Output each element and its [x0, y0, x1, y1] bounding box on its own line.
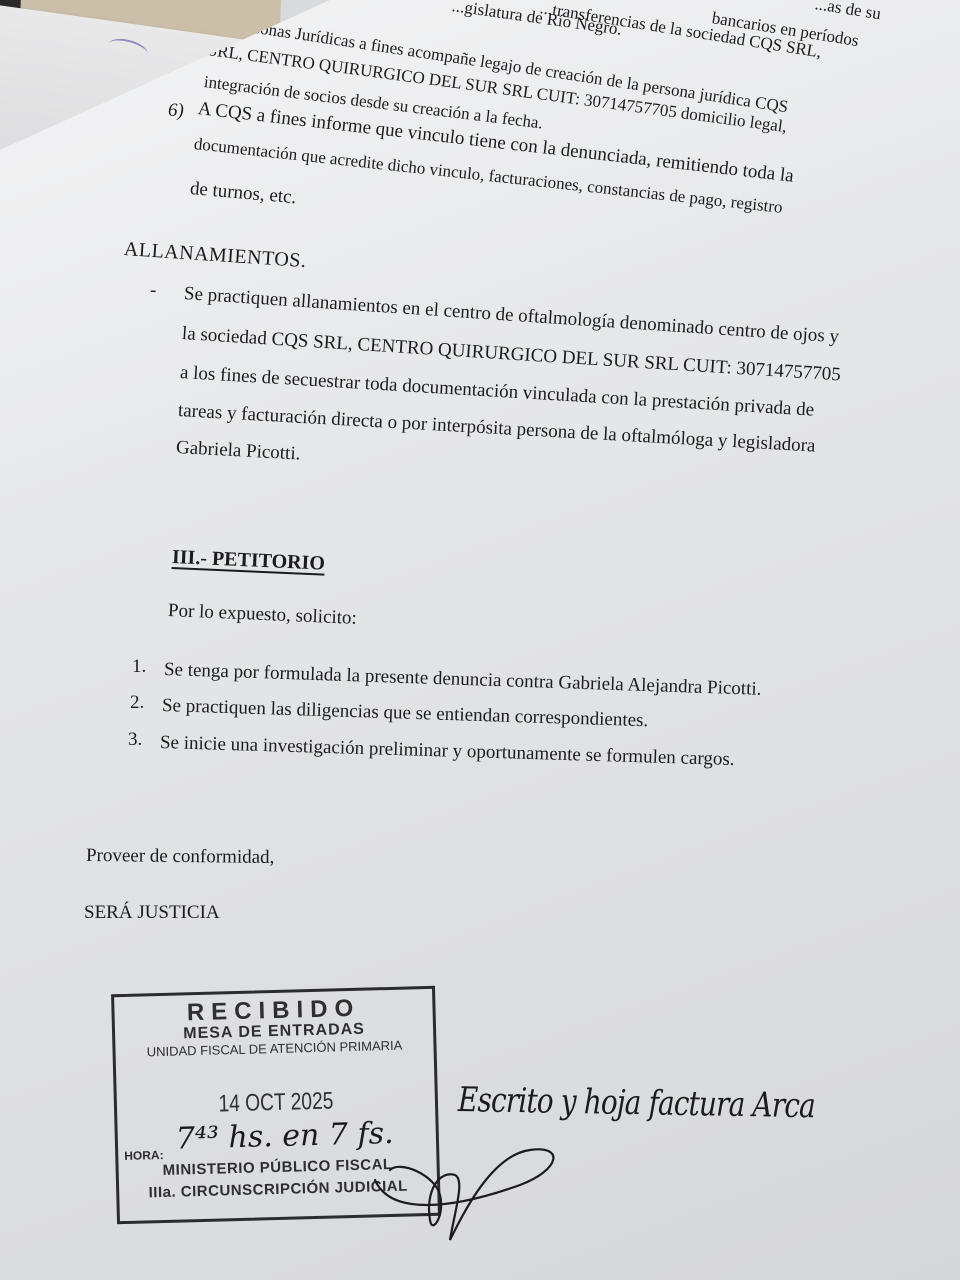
item-line: de turnos, etc. [189, 178, 297, 209]
bullet-dash: - [150, 280, 156, 302]
petitorio-item-text: Se tenga por formulada la presente denun… [164, 659, 762, 701]
stamp-date: 14 OCT 2025 [148, 1086, 403, 1121]
petitorio-item-number: 3. [128, 729, 142, 751]
closing-line: Proveer de conformidad, [86, 845, 275, 869]
petitorio-item-text: Se inicie una investigación preliminar y… [160, 732, 735, 771]
petitorio-item-number: 1. [132, 656, 146, 678]
petitorio-item-text: Se practiquen las diligencias que se ent… [162, 695, 649, 732]
handwritten-note: Escrito y hoja factura Arca [458, 1080, 816, 1126]
stamp-hora-handwritten: 7⁴³ hs. en 7 fs. [175, 1116, 394, 1157]
section-heading-petitorio: III.- PETITORIO [171, 546, 325, 576]
petitorio-item-number: 2. [130, 692, 144, 714]
item-number: 6) [168, 100, 184, 122]
closing-line: SERÁ JUSTICIA [84, 902, 220, 924]
fragment-line: ...as de su [813, 0, 882, 24]
stamp-hora-label: HORA: [124, 1148, 164, 1163]
signature-icon [370, 1140, 570, 1250]
section-heading-allanamientos: ALLANAMIENTOS. [123, 238, 307, 273]
petitorio-intro: Por lo expuesto, solicito: [168, 600, 358, 630]
allanamiento-line: Gabriela Picotti. [175, 437, 301, 465]
